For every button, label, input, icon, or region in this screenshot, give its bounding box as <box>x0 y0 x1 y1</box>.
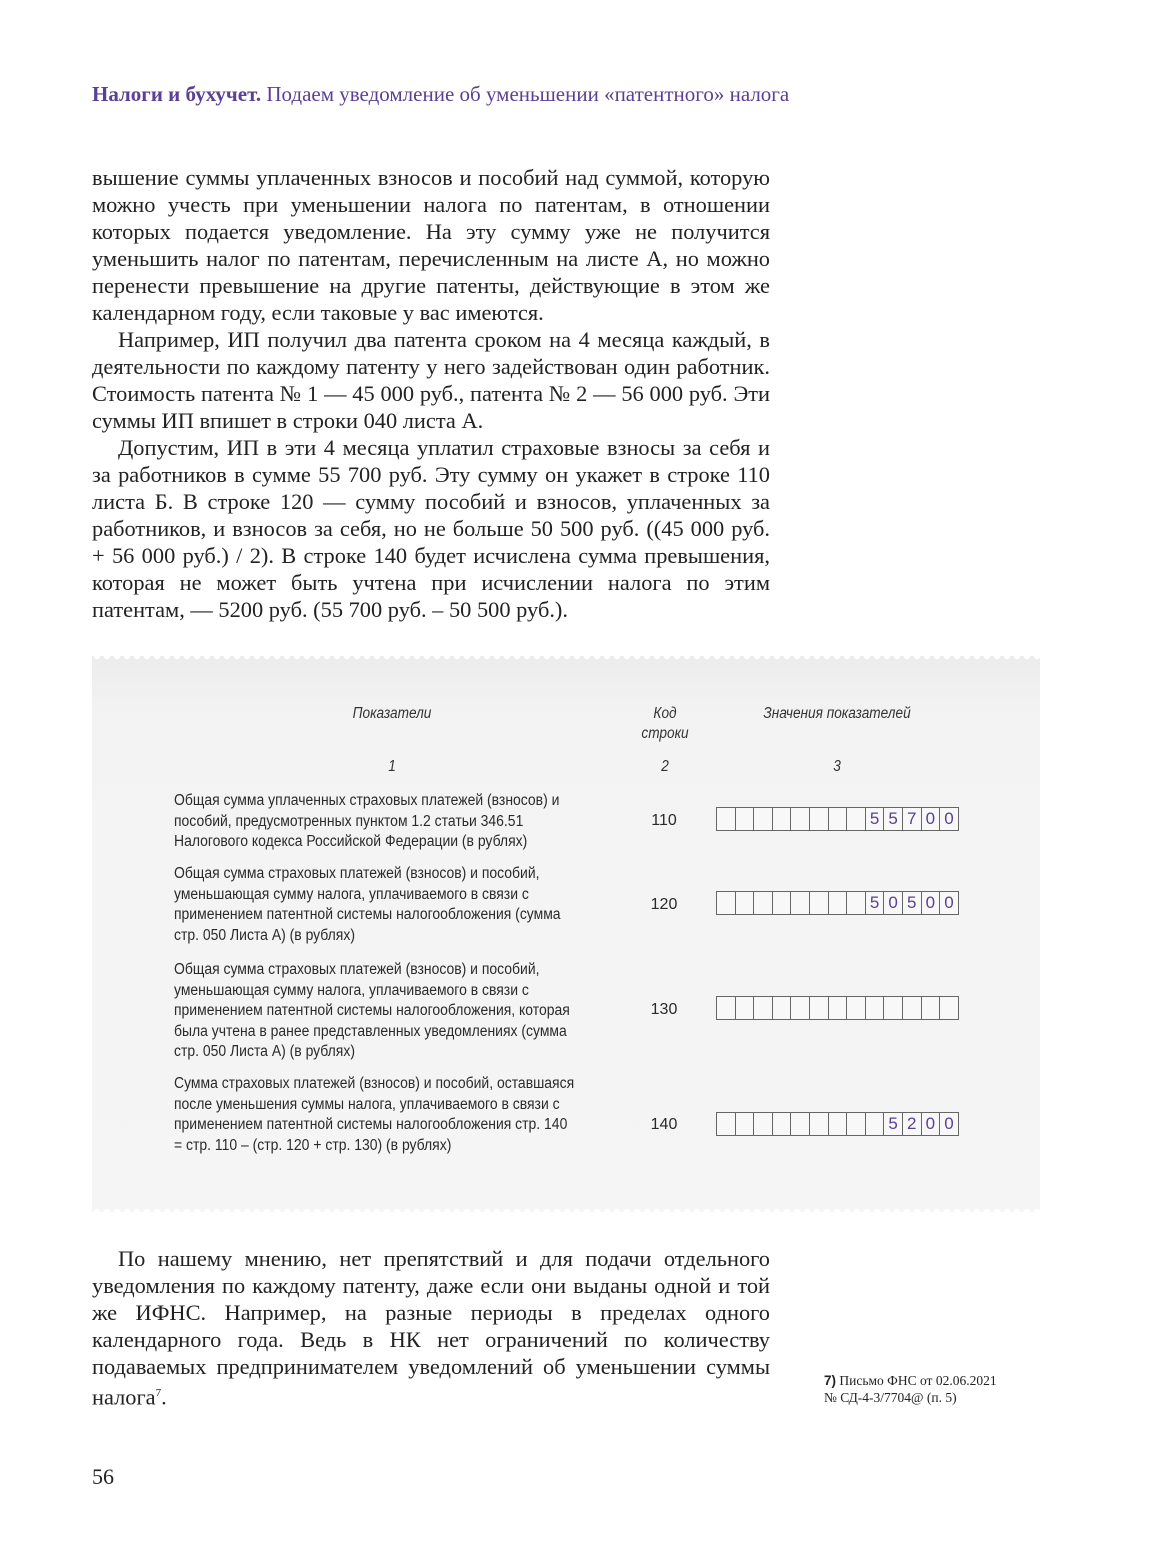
value-cells[interactable]: 50500 <box>716 891 959 915</box>
row-code: 140 <box>632 1116 696 1134</box>
digit-cell[interactable] <box>810 808 829 830</box>
header-values: Значения показателей <box>745 704 930 724</box>
digit-cell[interactable]: 5 <box>866 808 885 830</box>
col-num-2: 2 <box>634 757 696 777</box>
digit-cell[interactable] <box>791 892 810 914</box>
digit-cell[interactable] <box>829 997 848 1019</box>
digit-cell[interactable]: 7 <box>903 808 922 830</box>
digit-cell[interactable] <box>884 997 903 1019</box>
digit-cell[interactable] <box>810 1113 829 1135</box>
paragraph-end: . <box>161 1384 167 1409</box>
paragraph: По нашему мнению, нет препятствий и для … <box>92 1245 770 1410</box>
digit-cell[interactable] <box>773 808 792 830</box>
digit-cell[interactable] <box>847 1113 866 1135</box>
digit-cell[interactable]: 0 <box>884 892 903 914</box>
value-cells[interactable] <box>716 996 959 1020</box>
digit-cell[interactable]: 2 <box>903 1113 922 1135</box>
digit-cell[interactable] <box>717 1113 736 1135</box>
row-label: Общая сумма уплаченных страховых платеже… <box>174 791 579 853</box>
digit-cell[interactable] <box>736 892 755 914</box>
paragraph: Например, ИП получил два патента сроком … <box>92 326 770 434</box>
digit-cell[interactable] <box>847 892 866 914</box>
digit-cell[interactable] <box>791 1113 810 1135</box>
digit-cell[interactable] <box>866 1113 885 1135</box>
row-code: 110 <box>632 812 696 830</box>
digit-cell[interactable]: 0 <box>922 808 941 830</box>
digit-cell[interactable] <box>717 997 736 1019</box>
digit-cell[interactable] <box>773 997 792 1019</box>
col-num-1: 1 <box>322 757 463 777</box>
digit-cell[interactable] <box>810 892 829 914</box>
digit-cell[interactable] <box>736 808 755 830</box>
digit-cell[interactable] <box>829 1113 848 1135</box>
row-label: Сумма страховых платежей (взносов) и пос… <box>174 1074 579 1156</box>
paragraph: вышение суммы уплаченных взносов и пособ… <box>92 164 770 326</box>
running-header: Налоги и бухучет. Подаем уведомление об … <box>92 82 789 107</box>
value-cells[interactable]: 55700 <box>716 807 959 831</box>
digit-cell[interactable]: 0 <box>922 892 941 914</box>
digit-cell[interactable] <box>940 997 958 1019</box>
digit-cell[interactable] <box>866 997 885 1019</box>
digit-cell[interactable] <box>773 892 792 914</box>
digit-cell[interactable]: 0 <box>940 892 958 914</box>
digit-cell[interactable] <box>903 997 922 1019</box>
header-section: Налоги и бухучет. <box>92 82 261 106</box>
paragraph: Допустим, ИП в эти 4 месяца уплатил стра… <box>92 434 770 623</box>
digit-cell[interactable]: 5 <box>884 808 903 830</box>
digit-cell[interactable] <box>754 808 773 830</box>
digit-cell[interactable] <box>754 892 773 914</box>
digit-cell[interactable] <box>791 808 810 830</box>
digit-cell[interactable] <box>773 1113 792 1135</box>
footnote-line2: № СД-4-3/7704@ (п. 5) <box>824 1389 997 1406</box>
digit-cell[interactable] <box>754 997 773 1019</box>
row-label: Общая сумма страховых платежей (взносов)… <box>174 960 579 1063</box>
digit-cell[interactable] <box>717 808 736 830</box>
value-cells[interactable]: 5200 <box>716 1112 959 1136</box>
digit-cell[interactable]: 0 <box>922 1113 941 1135</box>
digit-cell[interactable]: 5 <box>884 1113 903 1135</box>
digit-cell[interactable] <box>810 997 829 1019</box>
digit-cell[interactable] <box>736 997 755 1019</box>
digit-cell[interactable]: 5 <box>903 892 922 914</box>
digit-cell[interactable] <box>791 997 810 1019</box>
digit-cell[interactable]: 5 <box>866 892 885 914</box>
digit-cell[interactable] <box>754 1113 773 1135</box>
footnote-line1: Письмо ФНС от 02.06.2021 <box>839 1373 996 1388</box>
footnote-number: 7) <box>824 1373 836 1388</box>
body-text-bottom: По нашему мнению, нет препятствий и для … <box>92 1245 770 1410</box>
form-excerpt: Показатели Код строки Значения показател… <box>92 656 1040 1212</box>
digit-cell[interactable] <box>736 1113 755 1135</box>
paragraph-text: По нашему мнению, нет препятствий и для … <box>92 1246 770 1409</box>
digit-cell[interactable] <box>922 997 941 1019</box>
footnote: 7) Письмо ФНС от 02.06.2021 № СД-4-3/770… <box>824 1372 997 1406</box>
digit-cell[interactable] <box>847 997 866 1019</box>
body-text-top: вышение суммы уплаченных взносов и пособ… <box>92 164 770 623</box>
digit-cell[interactable]: 0 <box>940 808 958 830</box>
digit-cell[interactable]: 0 <box>940 1113 958 1135</box>
digit-cell[interactable] <box>829 808 848 830</box>
digit-cell[interactable] <box>847 808 866 830</box>
digit-cell[interactable] <box>717 892 736 914</box>
row-code: 120 <box>632 896 696 914</box>
page-number: 56 <box>92 1464 114 1490</box>
header-line-code: Код строки <box>634 704 696 744</box>
digit-cell[interactable] <box>829 892 848 914</box>
row-label: Общая сумма страховых платежей (взносов)… <box>174 864 579 946</box>
header-title: Подаем уведомление об уменьшении «патент… <box>266 82 789 106</box>
row-code: 130 <box>632 1001 696 1019</box>
header-indicators: Показатели <box>322 704 463 724</box>
col-num-3: 3 <box>745 757 930 777</box>
